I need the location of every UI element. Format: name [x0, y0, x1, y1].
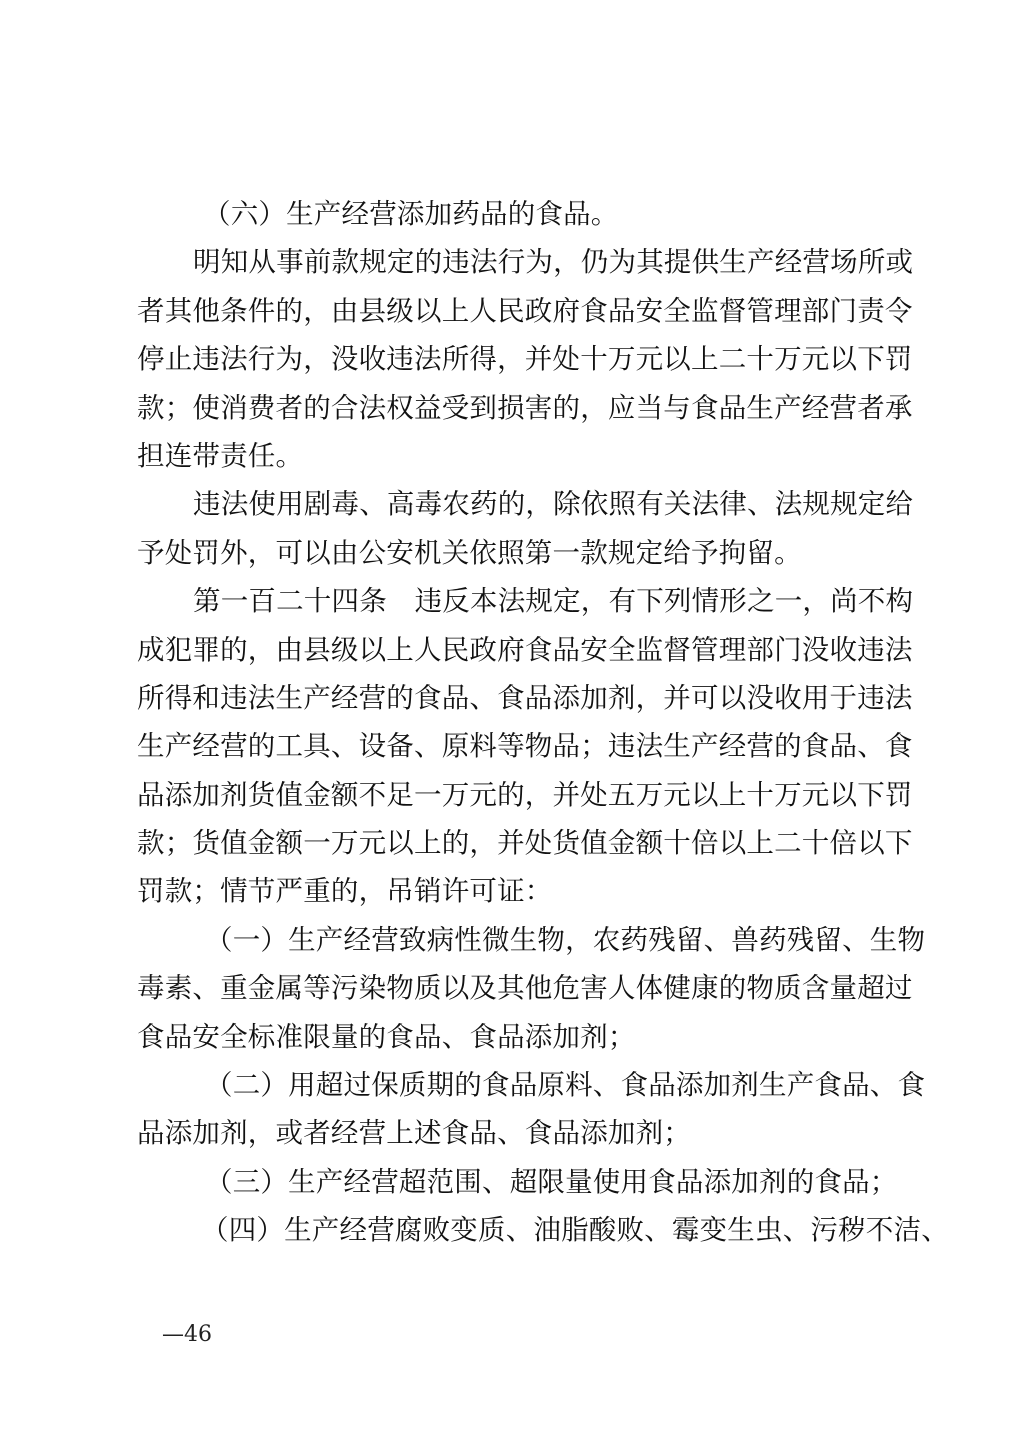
- text-line: 毒素、重金属等污染物质以及其他危害人体健康的物质含量超过: [137, 964, 903, 1012]
- text-line: 食品安全标准限量的食品、食品添加剂；: [137, 1013, 903, 1061]
- text-line: （三）生产经营超范围、超限量使用食品添加剂的食品；: [137, 1158, 903, 1206]
- text-line: （二）用超过保质期的食品原料、食品添加剂生产食品、食: [137, 1061, 903, 1109]
- text-line: 予处罚外，可以由公安机关依照第一款规定给予拘留。: [137, 529, 903, 577]
- text-line: 所得和违法生产经营的食品、食品添加剂，并可以没收用于违法: [137, 674, 903, 722]
- text-line: （四）生产经营腐败变质、油脂酸败、霉变生虫、污秽不洁、: [137, 1206, 903, 1254]
- text-line: （六）生产经营添加药品的食品。: [137, 190, 903, 238]
- document-page: （六）生产经营添加药品的食品。 明知从事前款规定的违法行为，仍为其提供生产经营场…: [0, 0, 1024, 1450]
- text-line: 款；使消费者的合法权益受到损害的，应当与食品生产经营者承: [137, 384, 903, 432]
- text-line: 款；货值金额一万元以上的，并处货值金额十倍以上二十倍以下: [137, 819, 903, 867]
- page-number: —46: [162, 1322, 212, 1347]
- text-line: 者其他条件的，由县级以上人民政府食品安全监督管理部门责令: [137, 287, 903, 335]
- text-line: 明知从事前款规定的违法行为，仍为其提供生产经营场所或: [137, 238, 903, 286]
- text-line: 品添加剂，或者经营上述食品、食品添加剂；: [137, 1109, 903, 1157]
- text-line: 停止违法行为，没收违法所得，并处十万元以上二十万元以下罚: [137, 335, 903, 383]
- text-line: 第一百二十四条 违反本法规定，有下列情形之一，尚不构: [137, 577, 903, 625]
- text-line: 成犯罪的，由县级以上人民政府食品安全监督管理部门没收违法: [137, 626, 903, 674]
- text-line: 违法使用剧毒、高毒农药的，除依照有关法律、法规规定给: [137, 480, 903, 528]
- text-line: （一）生产经营致病性微生物，农药残留、兽药残留、生物: [137, 916, 903, 964]
- text-line: 品添加剂货值金额不足一万元的，并处五万元以上十万元以下罚: [137, 771, 903, 819]
- body-text: （六）生产经营添加药品的食品。 明知从事前款规定的违法行为，仍为其提供生产经营场…: [137, 190, 903, 1255]
- text-line: 担连带责任。: [137, 432, 903, 480]
- text-line: 生产经营的工具、设备、原料等物品；违法生产经营的食品、食: [137, 722, 903, 770]
- text-line: 罚款；情节严重的，吊销许可证：: [137, 867, 903, 915]
